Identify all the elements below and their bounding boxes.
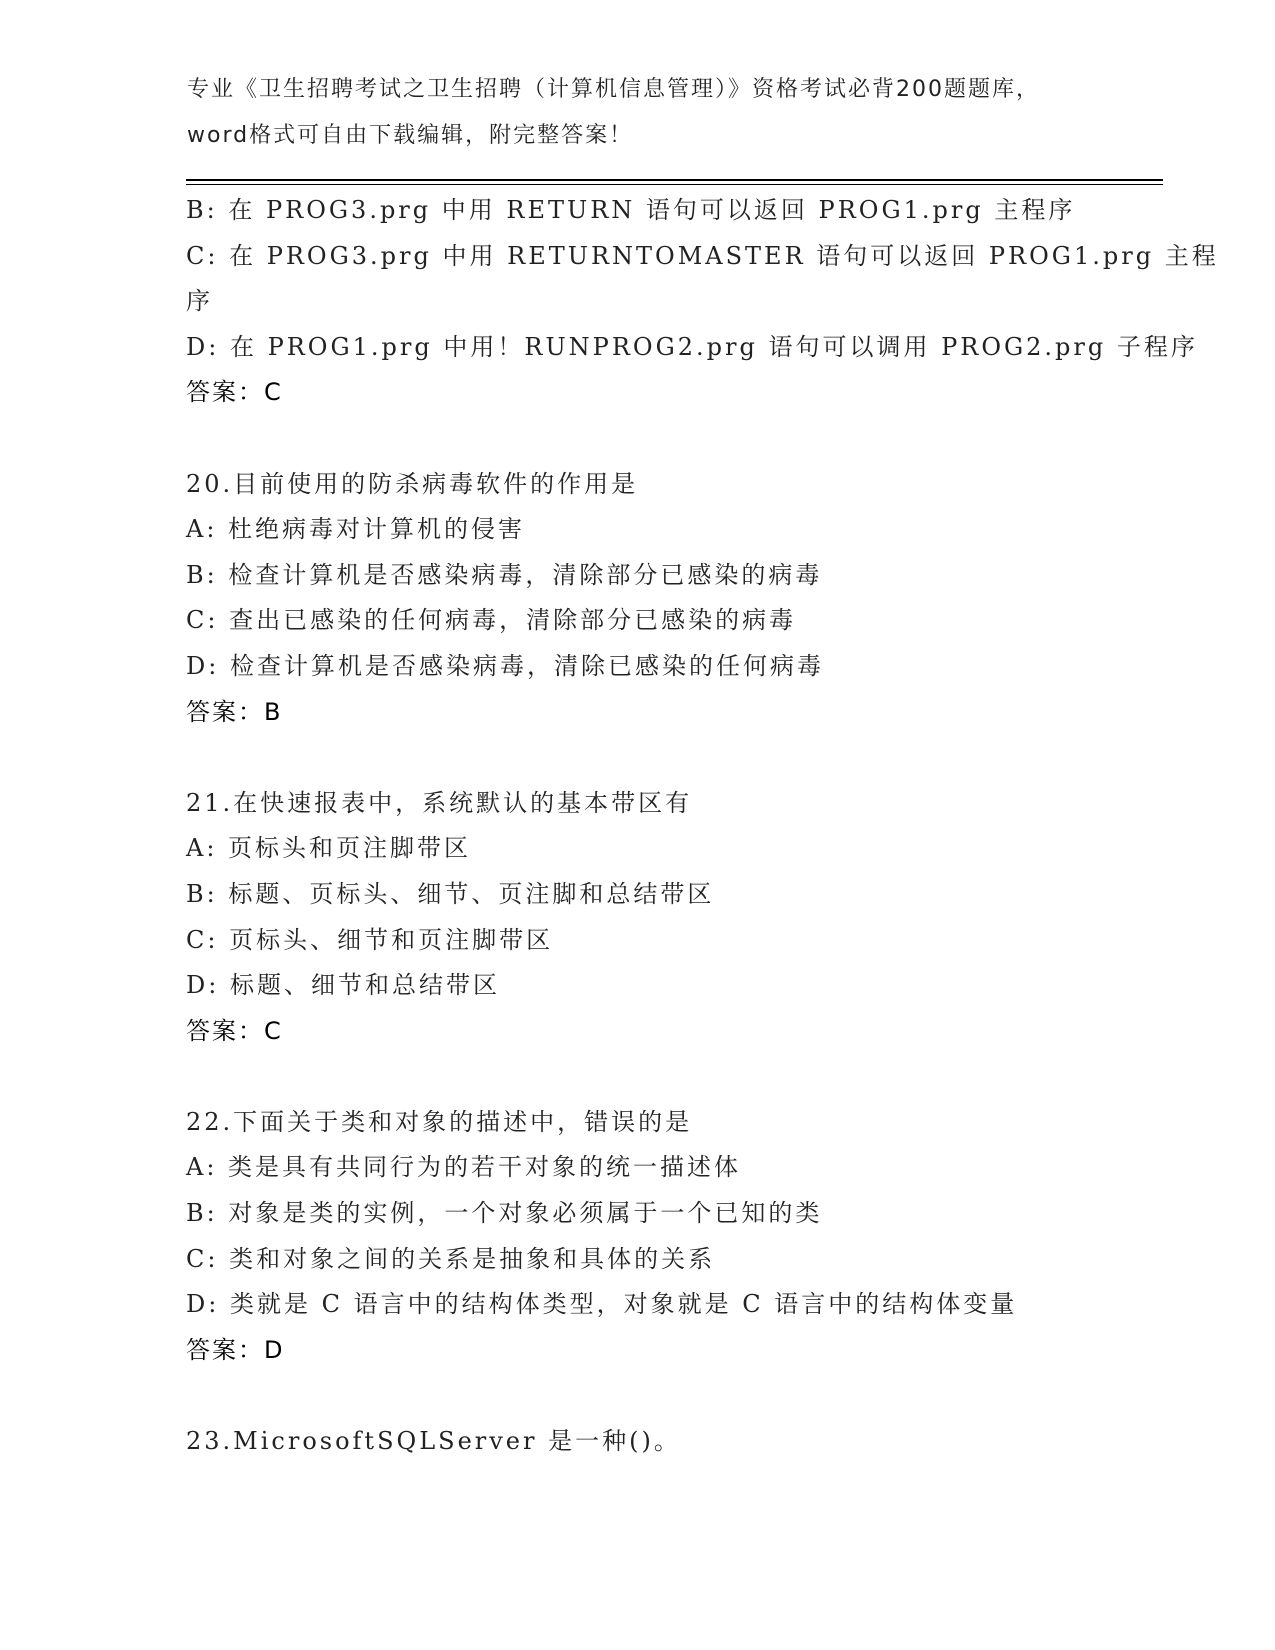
answer: 答案：C: [186, 370, 1146, 416]
option-d: D: 检查计算机是否感染病毒，清除已感染的任何病毒: [186, 644, 1146, 690]
question-21: 21.在快速报表中，系统默认的基本带区有 A: 页标头和页注脚带区 B: 标题、…: [186, 781, 1146, 1055]
option-b: B: 对象是类的实例，一个对象必须属于一个已知的类: [186, 1191, 1146, 1237]
option-a: A: 页标头和页注脚带区: [186, 826, 1146, 872]
document-body: B: 在 PROG3.prg 中用 RETURN 语句可以返回 PROG1.pr…: [186, 188, 1146, 1465]
option-b: B: 检查计算机是否感染病毒，清除部分已感染的病毒: [186, 553, 1146, 599]
option-c: C: 类和对象之间的关系是抽象和具体的关系: [186, 1237, 1146, 1283]
header-title-line-2: word格式可自由下载编辑，附完整答案！: [187, 120, 1087, 166]
option-c: C: 在 PROG3.prg 中用 RETURNTOMASTER 语句可以返回 …: [186, 234, 1146, 280]
answer: 答案：B: [186, 690, 1146, 736]
option-d: D: 标题、细节和总结带区: [186, 963, 1146, 1009]
question-20: 20.目前使用的防杀病毒软件的作用是 A: 杜绝病毒对计算机的侵害 B: 检查计…: [186, 462, 1146, 736]
option-a: A: 类是具有共同行为的若干对象的统一描述体: [186, 1145, 1146, 1191]
question-22: 22.下面关于类和对象的描述中，错误的是 A: 类是具有共同行为的若干对象的统一…: [186, 1100, 1146, 1374]
option-c: C: 查出已感染的任何病毒，清除部分已感染的病毒: [186, 598, 1146, 644]
document-header: 专业《卫生招聘考试之卫生招聘（计算机信息管理）》资格考试必背200题题库， wo…: [187, 74, 1087, 165]
option-b: B: 在 PROG3.prg 中用 RETURN 语句可以返回 PROG1.pr…: [186, 188, 1146, 234]
header-divider-thin: [186, 184, 1163, 185]
header-title-line-1: 专业《卫生招聘考试之卫生招聘（计算机信息管理）》资格考试必背200题题库，: [187, 74, 1087, 120]
question-23: 23.MicrosoftSQLServer 是一种()。: [186, 1419, 1146, 1465]
question-19-continued: B: 在 PROG3.prg 中用 RETURN 语句可以返回 PROG1.pr…: [186, 188, 1146, 416]
option-d: D: 在 PROG1.prg 中用！RUNPROG2.prg 语句可以调用 PR…: [186, 325, 1146, 371]
answer: 答案：C: [186, 1009, 1146, 1055]
question-title: 21.在快速报表中，系统默认的基本带区有: [186, 781, 1146, 827]
option-c: C: 页标头、细节和页注脚带区: [186, 918, 1146, 964]
option-c-wrap: 序: [186, 279, 1146, 325]
header-divider-thick: [186, 179, 1163, 181]
option-b: B: 标题、页标头、细节、页注脚和总结带区: [186, 872, 1146, 918]
option-d: D: 类就是 C 语言中的结构体类型，对象就是 C 语言中的结构体变量: [186, 1282, 1146, 1328]
option-a: A: 杜绝病毒对计算机的侵害: [186, 507, 1146, 553]
question-title: 20.目前使用的防杀病毒软件的作用是: [186, 462, 1146, 508]
question-title: 22.下面关于类和对象的描述中，错误的是: [186, 1100, 1146, 1146]
answer: 答案：D: [186, 1328, 1146, 1374]
question-title: 23.MicrosoftSQLServer 是一种()。: [186, 1419, 1146, 1465]
